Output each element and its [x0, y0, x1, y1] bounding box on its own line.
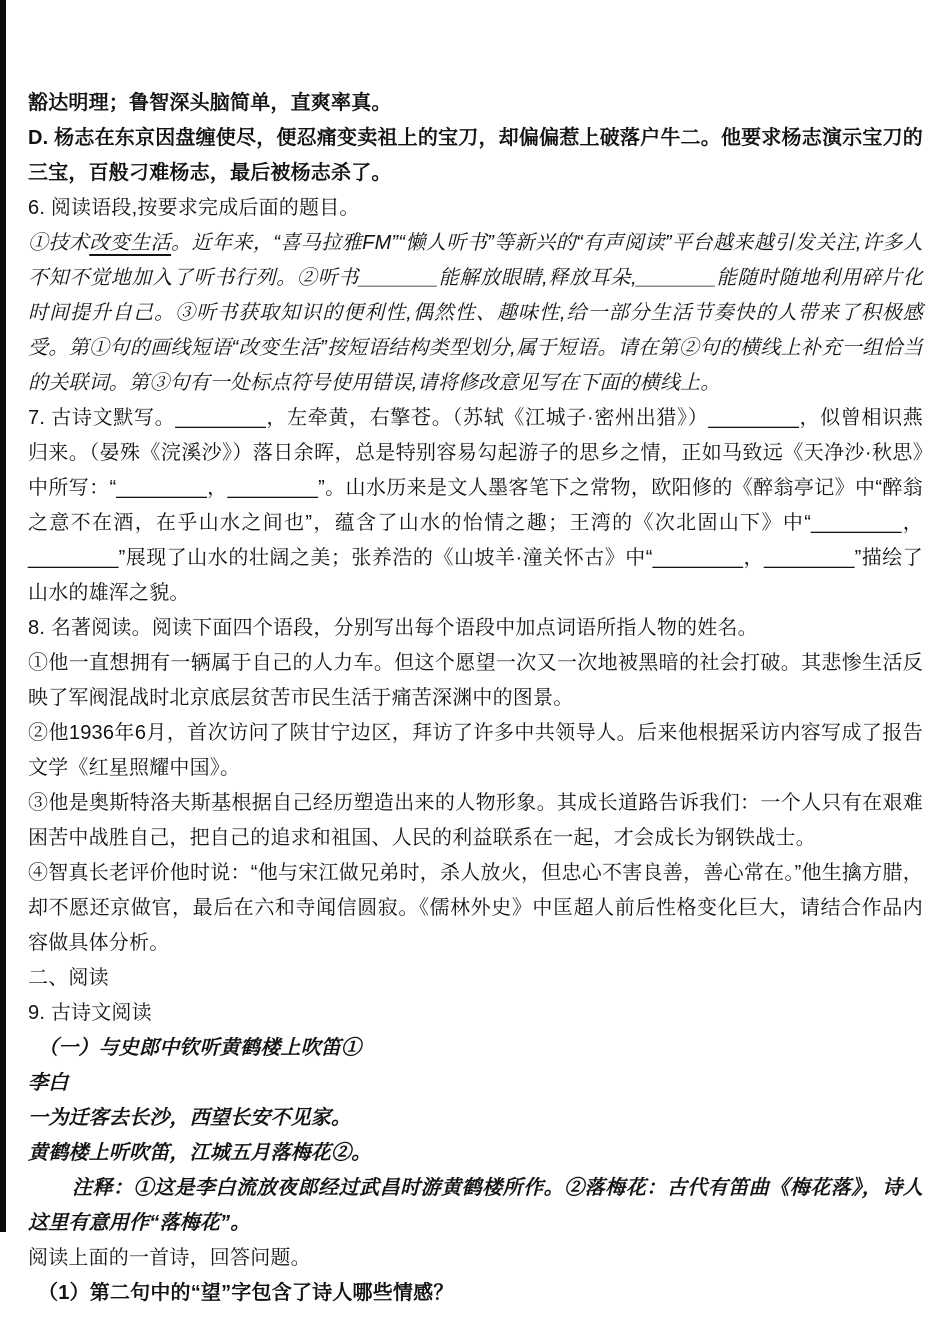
poem-instruction: 阅读上面的一首诗，回答问题。: [28, 1241, 923, 1276]
q7-text: 7. 古诗文默写。________，左牵黄，右擎苍。（苏轼《江城子·密州出猎》）…: [28, 401, 923, 611]
poem-line-1: 一为迁客去长沙，西望长安不见家。: [28, 1101, 923, 1136]
intro-line: 豁达明理；鲁智深头脑简单，直爽率真。: [28, 86, 923, 121]
poem-line-2: 黄鹤楼上听吹笛，江城五月落梅花②。: [28, 1136, 923, 1171]
section-2-heading: 二、阅读: [28, 961, 923, 996]
option-d-label: D.: [28, 127, 54, 149]
option-d-text: 杨志在东京因盘缠使尽，便忍痛变卖祖上的宝刀，却偏偏惹上破落户牛二。他要求杨志演示…: [28, 127, 923, 184]
poem-note: 注释：①这是李白流放夜郎经过武昌时游黄鹤楼所作。②落梅花：古代有笛曲《梅花落》，…: [28, 1171, 923, 1241]
q6-passage-post: 。近年来，“喜马拉雅FM”“懒人听书”等新兴的“有声阅读”平台越来越引发关注,许…: [28, 232, 923, 394]
q8-para-3: ③他是奥斯特洛夫斯基根据自己经历塑造出来的人物形象。其成长道路告诉我们：一个人只…: [28, 786, 923, 856]
q6-passage: ①技术改变生活。近年来，“喜马拉雅FM”“懒人听书”等新兴的“有声阅读”平台越来…: [28, 226, 923, 401]
exam-page: 豁达明理；鲁智深头脑简单，直爽率真。 D. 杨志在东京因盘缠使尽，便忍痛变卖祖上…: [28, 86, 923, 1311]
poem-author: 李白: [28, 1066, 923, 1101]
q6-passage-underlined-phrase: 改变生活: [89, 232, 171, 254]
scan-edge-bar: [0, 0, 6, 1232]
q9-heading: 9. 古诗文阅读: [28, 996, 923, 1031]
option-d: D. 杨志在东京因盘缠使尽，便忍痛变卖祖上的宝刀，却偏偏惹上破落户牛二。他要求杨…: [28, 121, 923, 191]
q8-heading: 8. 名著阅读。阅读下面四个语段，分别写出每个语段中加点词语所指人物的姓名。: [28, 611, 923, 646]
poem-title: （一）与史郎中钦听黄鹤楼上吹笛①: [28, 1031, 923, 1066]
q8-para-4: ④智真长老评价他时说：“他与宋江做兄弟时，杀人放火，但忠心不害良善，善心常在。”…: [28, 856, 923, 961]
q8-para-1: ①他一直想拥有一辆属于自己的人力车。但这个愿望一次又一次地被黑暗的社会打破。其悲…: [28, 646, 923, 716]
q6-heading: 6. 阅读语段,按要求完成后面的题目。: [28, 191, 923, 226]
q6-passage-pre: ①技术: [28, 232, 89, 254]
q9-sub-question-1: （1）第二句中的“望”字包含了诗人哪些情感？: [28, 1276, 923, 1311]
q8-para-2: ②他1936年6月，首次访问了陕甘宁边区，拜访了许多中共领导人。后来他根据采访内…: [28, 716, 923, 786]
